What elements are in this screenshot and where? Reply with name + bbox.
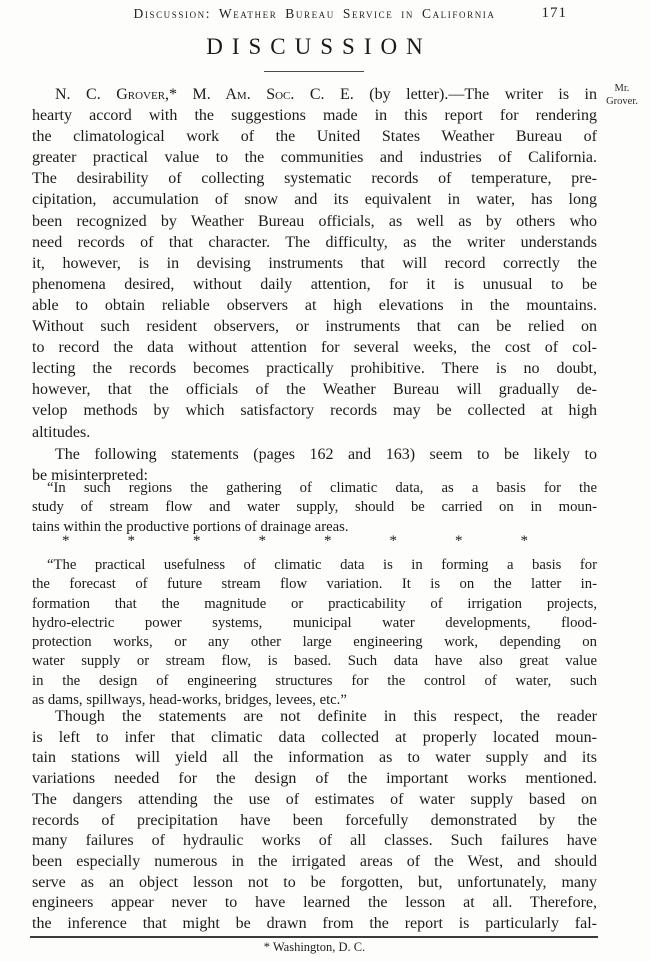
text-line: however, that the officials of the Weath… [32,379,597,400]
text-line: water supply or stream flow, is based. S… [32,652,597,671]
text-line: cipitation, accumulation of snow and its… [32,189,597,210]
text-line: phenomena desired, without daily attenti… [32,274,597,295]
margin-note-speaker: Mr. Grover. [596,83,648,108]
text-line: The following statements (pages 162 and … [32,444,597,465]
paragraph-continuation: hearty accord with the suggestions made … [32,105,597,443]
text-line: hydro-electric power systems, municipal … [32,614,597,633]
asterisk-glyph: * [128,533,136,550]
text-line: greater practical value to the communiti… [32,147,597,168]
footnote-washington: * Washington, D. C. [32,940,597,955]
text-line: many failures of hydraulic works of all … [32,831,597,852]
running-head-title: Discussion: Weather Bureau Service in Ca… [32,6,597,22]
text-line: “In such regions the gathering of climat… [32,479,597,498]
footnote-rule [30,936,598,938]
text-line: variations needed for the design of the … [32,769,597,790]
text-line: lecting the records becomes practically … [32,358,597,379]
text-line: N. C. Grover,* M. Am. Soc. C. E. (by let… [32,84,597,105]
text-line: the forecast of future stream flow varia… [32,575,597,594]
text-line: the climatological work of the United St… [32,126,597,147]
text-line: been recognized by Weather Bureau offici… [32,211,597,232]
text-line: velop methods by which satisfactory reco… [32,400,597,421]
text-line: altitudes. [32,422,597,443]
running-head: Discussion: Weather Bureau Service in Ca… [32,6,597,26]
text-line: serve as an object lesson not to be forg… [32,873,597,894]
text-line: able to obtain reliable observers at hig… [32,295,597,316]
text-line: it, however, is in devising instruments … [32,253,597,274]
author-name-smallcaps: N. C. Grover,* M. Am. Soc. C. E. [55,86,354,103]
text-line: protection works, or any other large eng… [32,633,597,652]
text-line: Without such resident observers, or inst… [32,316,597,337]
text-line: “The practical usefulness of climatic da… [32,556,597,575]
text-line: engineers appear never to have learned t… [32,893,597,914]
text-line: the inference that might be drawn from t… [32,914,597,935]
text-line: The dangers attending the use of estimat… [32,790,597,811]
text-line: tain stations will yield all the informa… [32,748,597,769]
blockquote-practical-usefulness: “The practical usefulness of climatic da… [32,556,597,710]
title-rule [264,71,364,72]
text-line: need records of that character. The diff… [32,232,597,253]
text-line: study of stream flow and water supply, s… [32,498,597,517]
text-line: to record the data without attention for… [32,337,597,358]
asterisk-glyph: * [521,533,529,550]
margin-note-line: Mr. [596,83,648,96]
blockquote-climatic-data: “In such regions the gathering of climat… [32,479,597,537]
first-line-rest: (by letter).—The writer is in [354,86,597,103]
section-title: DISCUSSION [32,34,597,60]
asterisk-glyph: * [324,533,332,550]
asterisk-glyph: * [259,533,267,550]
margin-note-line: Grover. [596,96,648,109]
scanned-book-page: Discussion: Weather Bureau Service in Ca… [0,0,650,961]
asterisk-glyph: * [62,533,70,550]
page-number: 171 [542,5,568,22]
text-line: is left to infer that climatic data coll… [32,728,597,749]
text-line: records of precipitation have been force… [32,811,597,832]
text-line: been especially numerous in the irrigate… [32,852,597,873]
asterisk-glyph: * [193,533,201,550]
asterisk-separator: * * * * * * * * [62,533,528,550]
paragraph-inference: Though the statements are not definite i… [32,707,597,935]
asterisk-glyph: * [455,533,463,550]
text-line: formation that the magnitude or practica… [32,595,597,614]
text-line: in the design of engineering structures … [32,672,597,691]
text-line: hearty accord with the suggestions made … [32,105,597,126]
paragraph-grover-intro: N. C. Grover,* M. Am. Soc. C. E. (by let… [32,84,597,443]
asterisk-glyph: * [390,533,398,550]
text-line: Though the statements are not definite i… [32,707,597,728]
text-line: The desirability of collecting systemati… [32,168,597,189]
